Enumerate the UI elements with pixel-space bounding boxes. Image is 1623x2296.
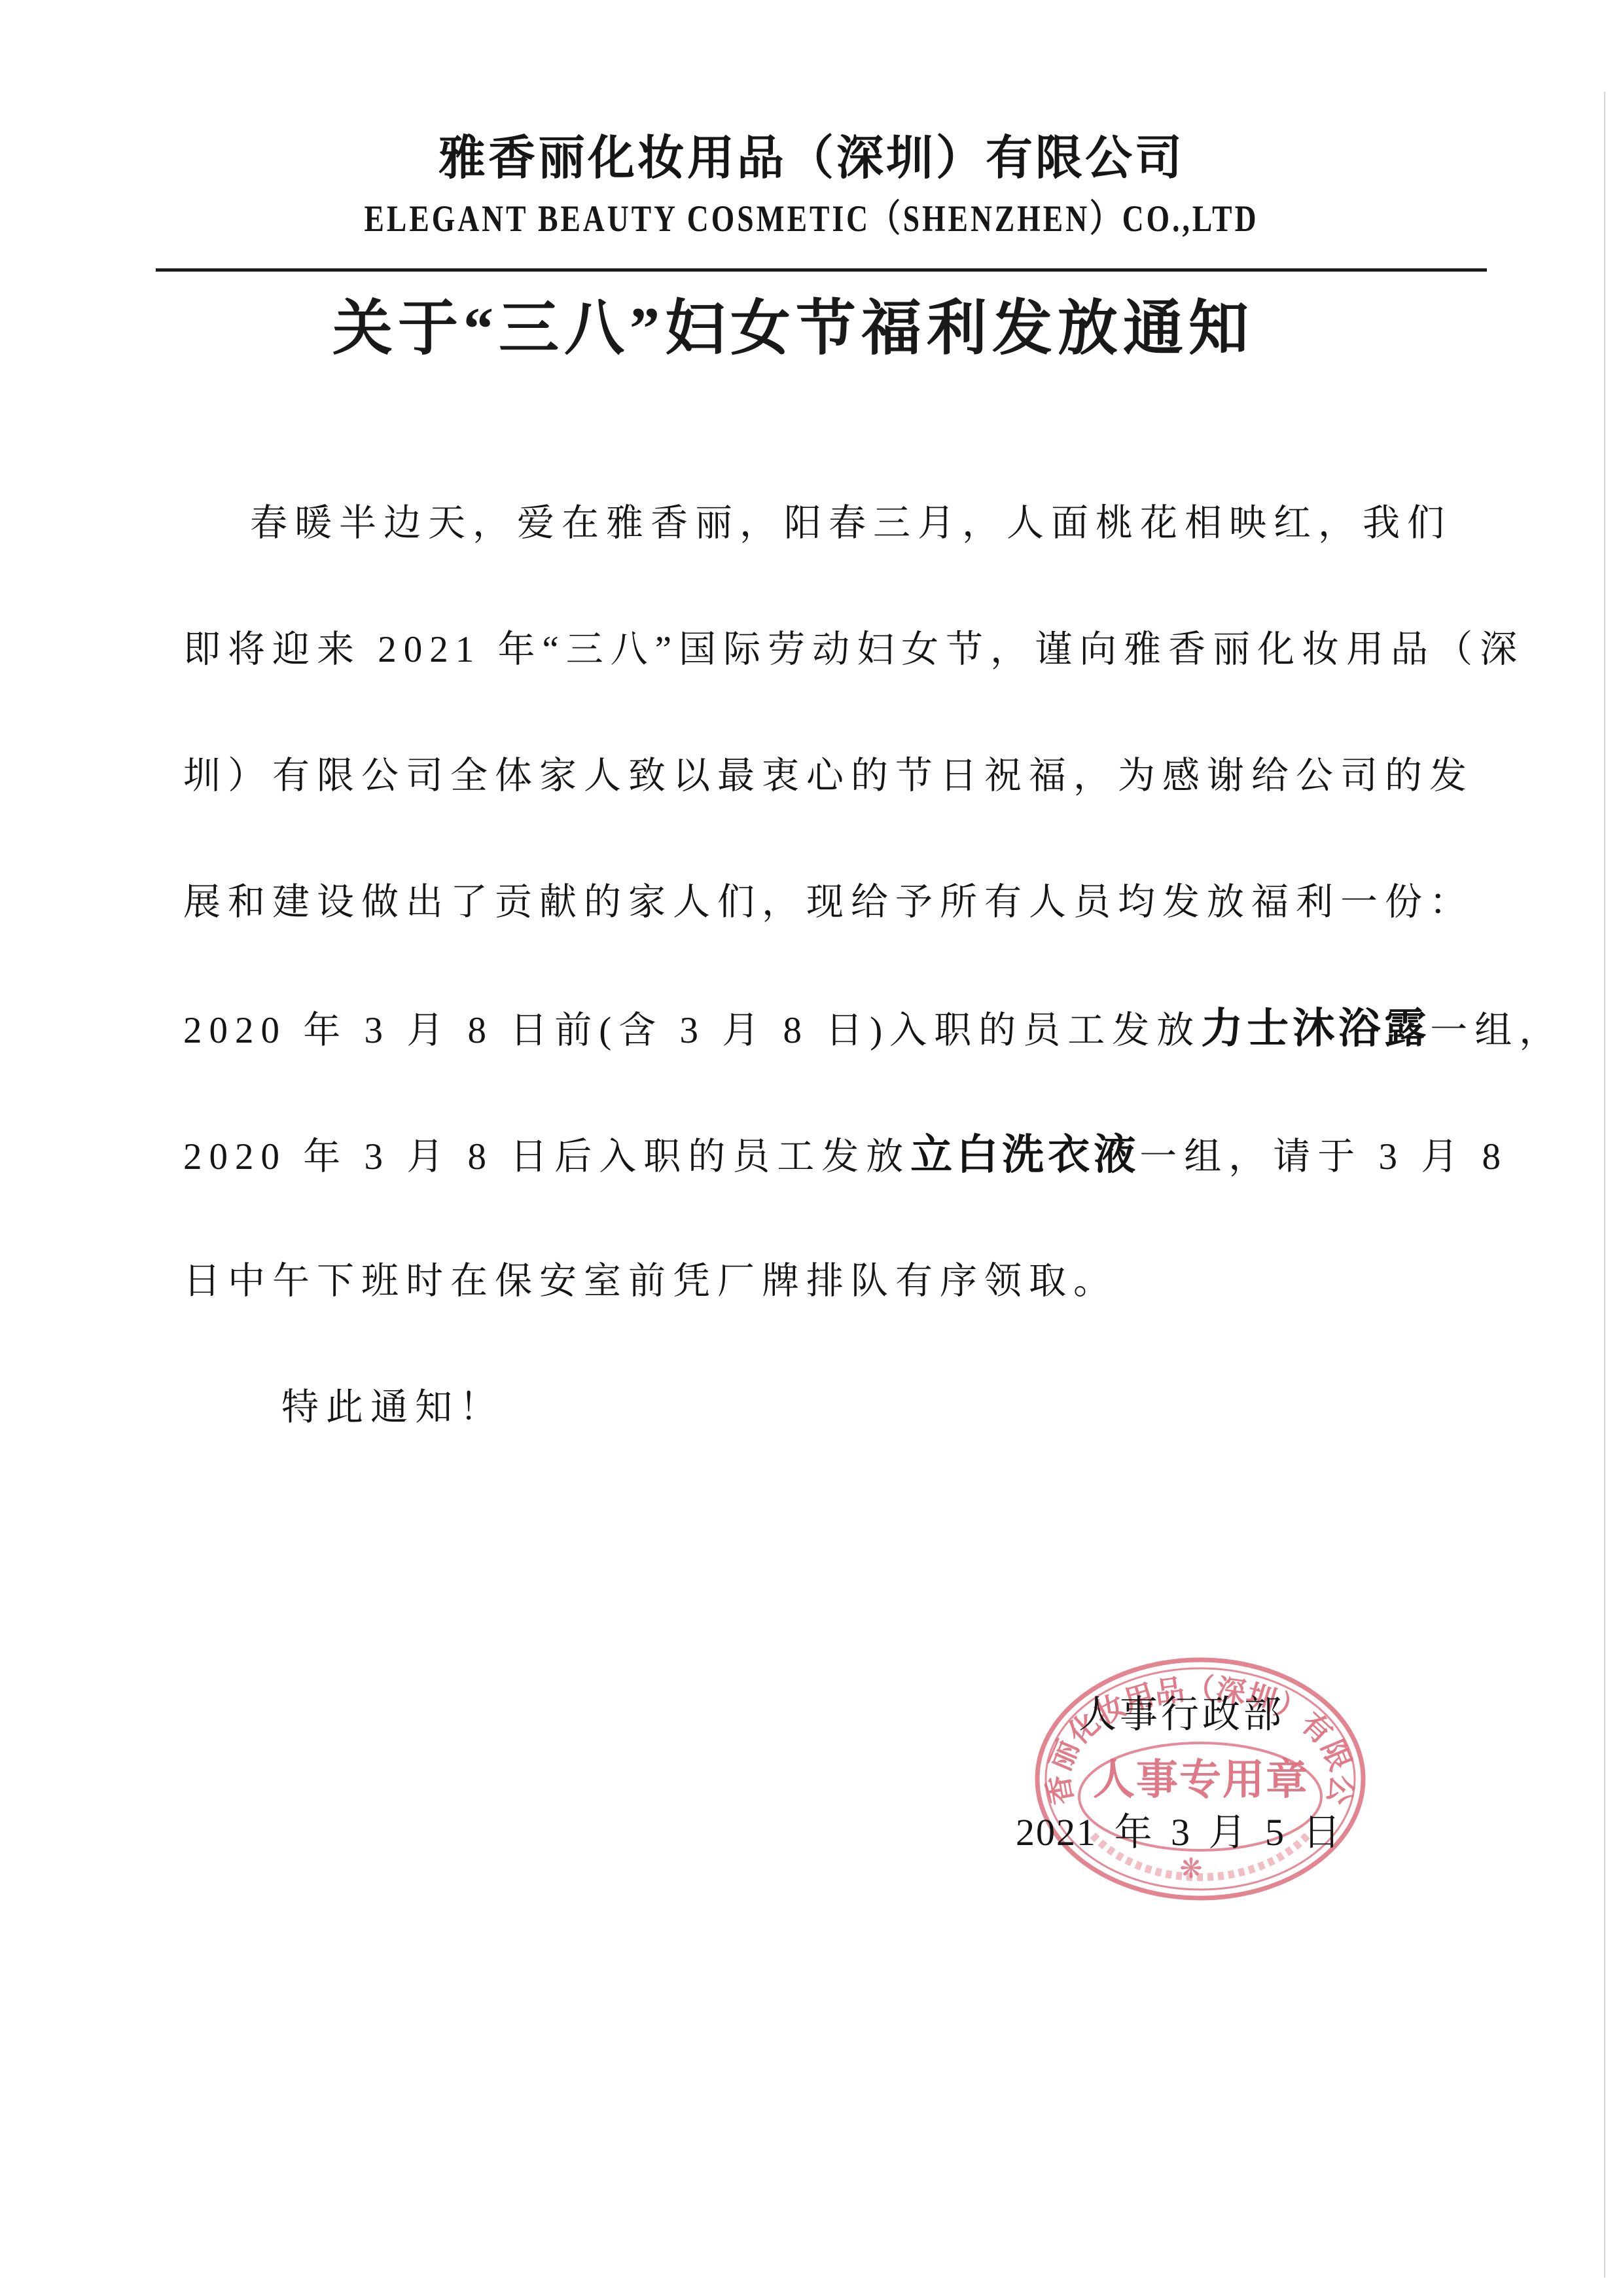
body-line: 圳）有限公司全体家人致以最衷心的节日祝福，为感谢给公司的发 <box>183 713 1492 839</box>
body-segment: 日中午下班时在保安室前凭厂牌排队有序领取。 <box>183 1261 1118 1302</box>
stamp-center-text: 人事专用章 <box>1093 1757 1309 1803</box>
body-segment: 2020 年 3 月 8 日后入职的员工发放 <box>183 1136 910 1177</box>
signature-date: 2021 年 3 月 5 日 <box>1016 1801 1342 1856</box>
company-name-en: ELEGANT BEAUTY COSMETIC（SHENZHEN）CO.,LTD <box>162 188 1461 242</box>
scan-edge-artifact <box>1604 92 1605 2278</box>
body-line: 特此通知！ <box>183 1344 1492 1471</box>
body-segment: 春暖半边天，爱在雅香丽，阳春三月，人面桃花相映红，我们 <box>250 503 1452 544</box>
body-segment: 展和建设做出了贡献的家人们，现给予所有人员均发放福利一份： <box>183 882 1474 923</box>
body-line: 春暖半边天，爱在雅香丽，阳春三月，人面桃花相映红，我们 <box>183 460 1492 586</box>
document-page: 雅香丽化妆用品（深圳）有限公司 ELEGANT BEAUTY COSMETIC（… <box>0 0 1623 2296</box>
body-line: 日中午下班时在保安室前凭厂牌排队有序领取。 <box>183 1218 1492 1344</box>
body-segment-bold: 立白洗衣液 <box>910 1132 1139 1178</box>
body-line: 展和建设做出了贡献的家人们，现给予所有人员均发放福利一份： <box>183 839 1492 965</box>
body-segment: 圳）有限公司全体家人致以最衷心的节日祝福，为感谢给公司的发 <box>183 755 1474 797</box>
body-line: 即将迎来 2021 年“三八”国际劳动妇女节，谨向雅香丽化妆用品（深 <box>183 586 1492 713</box>
body-segment: 特此通知！ <box>281 1387 504 1428</box>
body-segment-bold: 力士沐浴露 <box>1201 1005 1430 1052</box>
body-line: 2020 年 3 月 8 日前(含 3 月 8 日)入职的员工发放力士沐浴露一组… <box>183 965 1492 1092</box>
body-segment: 一组，请于 3 月 8 <box>1139 1136 1508 1177</box>
document-title: 关于“三八”妇女节福利发放通知 <box>0 280 1605 367</box>
company-name-cn: 雅香丽化妆用品（深圳）有限公司 <box>0 120 1623 188</box>
body-segment: 即将迎来 2021 年“三八”国际劳动妇女节，谨向雅香丽化妆用品（深 <box>183 629 1524 670</box>
header-divider <box>156 268 1487 272</box>
signature-department: 人事行政部 <box>1079 1683 1285 1738</box>
body-line: 2020 年 3 月 8 日后入职的员工发放立白洗衣液一组，请于 3 月 8 <box>183 1092 1492 1218</box>
body-segment: 2020 年 3 月 8 日前(含 3 月 8 日)入职的员工发放 <box>183 1010 1201 1051</box>
notice-body: 春暖半边天，爱在雅香丽，阳春三月，人面桃花相映红，我们即将迎来 2021 年“三… <box>183 460 1492 1471</box>
body-segment: 一组， <box>1430 1010 1563 1051</box>
